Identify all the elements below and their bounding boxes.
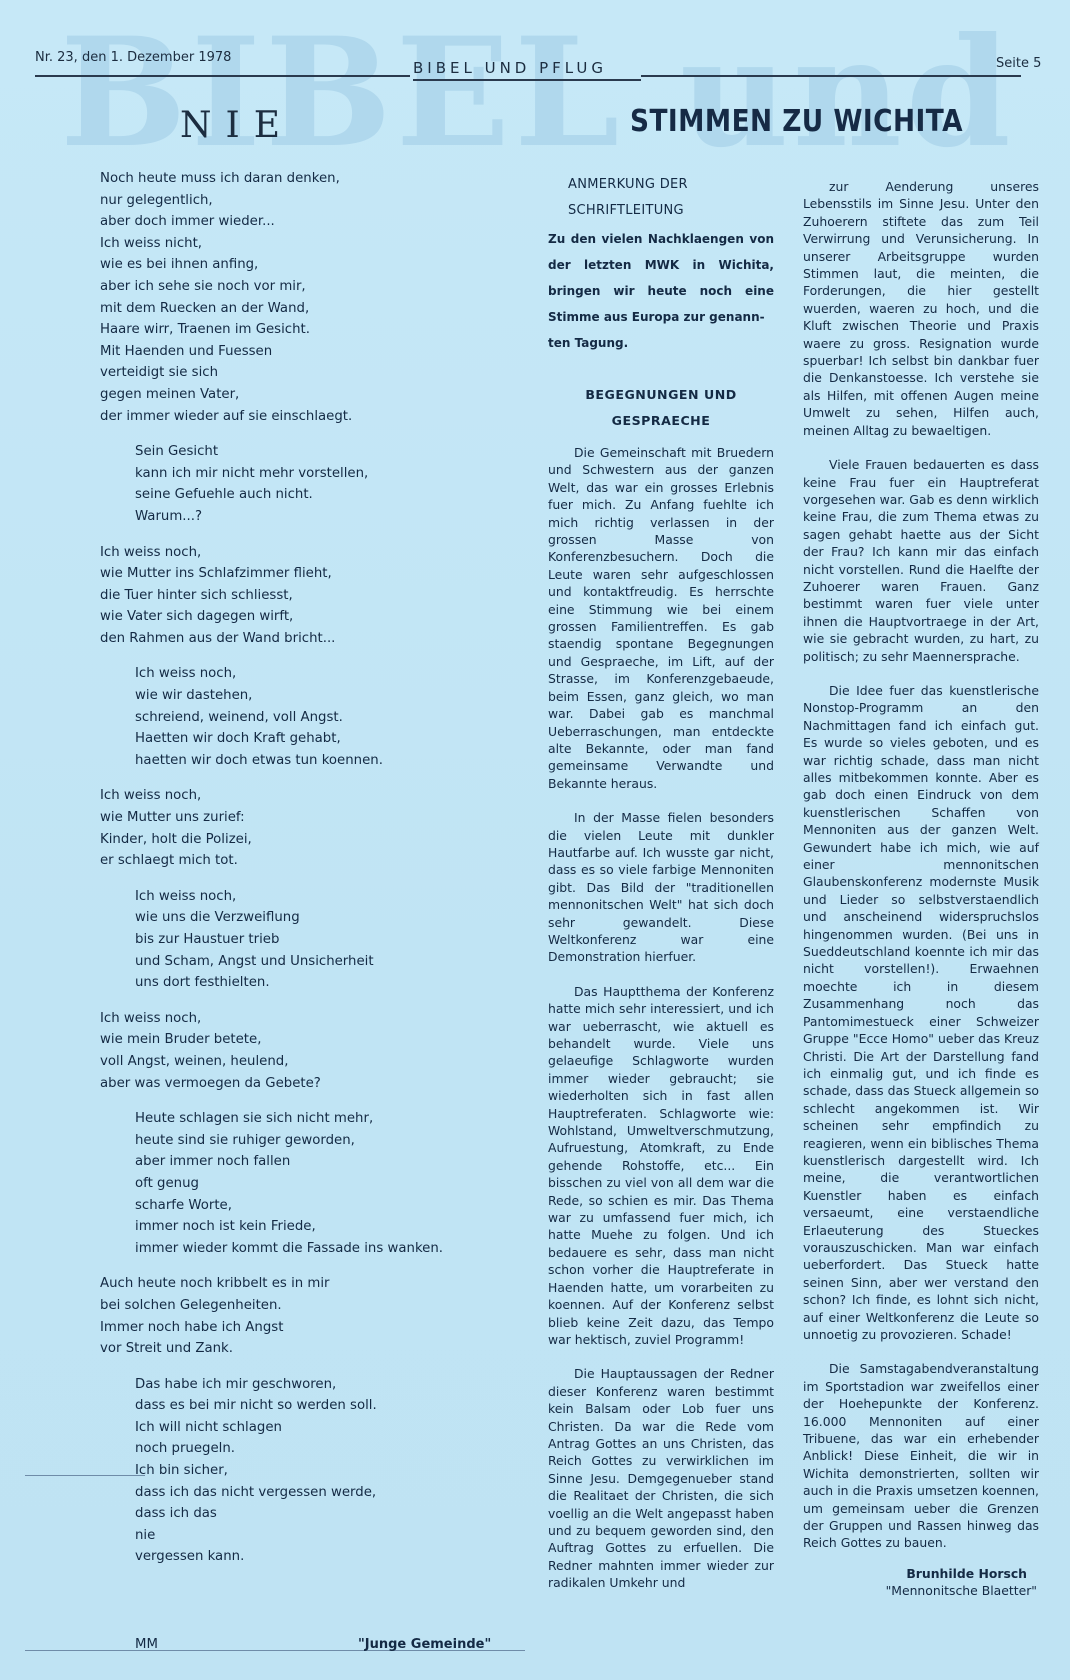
article-paragraph: In der Masse fielen besonders die vielen… [548,809,774,966]
poem-line: Ich weiss noch, [135,886,520,908]
editor-note-heading-line: SCHRIFTLEITUNG [568,198,774,224]
poem-line: bis zur Haustuer trieb [135,929,520,951]
poem-line: den Rahmen aus der Wand bricht... [100,628,520,650]
poem-stanza: Ich weiss noch,wie Mutter ins Schlafzimm… [100,542,520,650]
article-column-right: zur Aenderung unseres Lebensstils im Sin… [803,178,1039,1600]
middle-column-paragraphs: Die Gemeinschaft mit Bruedern und Schwes… [548,444,774,1592]
poem-line: wie mein Bruder betete, [100,1029,520,1051]
poem-line: er schlaegt mich tot. [100,850,520,872]
poem-line: wie Mutter uns zurief: [100,807,520,829]
poem-line: aber ich sehe sie noch vor mir, [100,276,520,298]
poem-line: scharfe Worte, [135,1195,520,1217]
editor-note-text-end: ten Tagung. [548,330,774,356]
poem-stanza: Ich weiss noch,wie wir dastehen,schreien… [100,663,520,771]
section-heading-line: GESPRAECHE [548,408,774,434]
poem-line: uns dort festhielten. [135,972,520,994]
poem-line: bei solchen Gelegenheiten. [100,1295,520,1317]
poem-signature: MM [135,1637,158,1652]
poem-line: Haetten wir doch Kraft gehabt, [135,728,520,750]
poem-line: aber doch immer wieder... [100,211,520,233]
header-rule-left [35,75,410,77]
poem-line: immer wieder kommt die Fassade ins wanke… [135,1238,520,1260]
poem-line: dass ich das nicht vergessen werde, [135,1482,520,1504]
poem-line: Warum...? [135,506,520,528]
editor-note-heading-line: ANMERKUNG DER [568,172,774,198]
page-number: Seite 5 [996,56,1041,71]
poem-line: Sein Gesicht [135,441,520,463]
poem-stanza: Das habe ich mir geschworen,dass es bei … [100,1374,520,1568]
poem-line: Haare wirr, Traenen im Gesicht. [100,319,520,341]
poem-box-divider [25,1475,145,1476]
poem-stanza: Heute schlagen sie sich nicht mehr,heute… [100,1108,520,1259]
poem-line: der immer wieder auf sie einschlaegt. [100,406,520,428]
poem-line: heute sind sie ruhiger geworden, [135,1130,520,1152]
poem-line: Ich weiss noch, [135,663,520,685]
poem-line: Ich weiss nicht, [100,233,520,255]
article-source: "Mennonitsche Blaetter" [803,1582,1039,1599]
poem-line: noch pruegeln. [135,1438,520,1460]
poem-line: Noch heute muss ich daran denken, [100,168,520,190]
poem-line: mit dem Ruecken an der Wand, [100,298,520,320]
poem-stanza: Noch heute muss ich daran denken,nur gel… [100,168,520,427]
issue-date: Nr. 23, den 1. Dezember 1978 [35,50,231,65]
article-paragraph: Die Gemeinschaft mit Bruedern und Schwes… [548,444,774,792]
poem-line: schreiend, weinend, voll Angst. [135,707,520,729]
poem-line: wie Vater sich dagegen wirft, [100,606,520,628]
poem-line: Mit Haenden und Fuessen [100,341,520,363]
article-author: Brunhilde Horsch [803,1565,1039,1582]
editor-note-text: Zu den vielen Nachklaengen von der letzt… [548,232,774,324]
poem-line: nie [135,1525,520,1547]
poem-line: gegen meinen Vater, [100,384,520,406]
poem-source: "Junge Gemeinde" [358,1637,491,1652]
poem-stanza: Auch heute noch kribbelt es in mirbei so… [100,1273,520,1359]
section-heading: BEGEGNUNGEN UND GESPRAECHE [548,382,774,434]
poem-stanza: Sein Gesichtkann ich mir nicht mehr vors… [100,441,520,527]
poem-line: Ich weiss noch, [100,1008,520,1030]
poem-line: oft genug [135,1173,520,1195]
editor-note-body: Zu den vielen Nachklaengen von der letzt… [548,226,774,356]
header-rule-center [413,79,641,81]
article-column-middle: ANMERKUNG DER SCHRIFTLEITUNG Zu den viel… [548,172,774,1609]
poem-line: vor Streit und Zank. [100,1338,520,1360]
right-column-paragraphs: zur Aenderung unseres Lebensstils im Sin… [803,178,1039,1552]
poem-line: aber immer noch fallen [135,1151,520,1173]
poem-line: seine Gefuehle auch nicht. [135,484,520,506]
poem-line: wie es bei ihnen anfing, [100,254,520,276]
article-paragraph: Die Samstagabendveranstaltung im Sportst… [803,1360,1039,1551]
poem-line: aber was vermoegen da Gebete? [100,1073,520,1095]
poem-line: und Scham, Angst und Unsicherheit [135,951,520,973]
editor-note-heading: ANMERKUNG DER SCHRIFTLEITUNG [548,172,774,224]
poem-line: Heute schlagen sie sich nicht mehr, [135,1108,520,1130]
poem-stanza: Ich weiss noch,wie uns die Verzweiflungb… [100,886,520,994]
article-paragraph: Die Hauptaussagen der Redner dieser Konf… [548,1365,774,1591]
article-paragraph: Die Idee fuer das kuenstlerische Nonstop… [803,682,1039,1343]
poem-stanza: Ich weiss noch,wie mein Bruder betete,vo… [100,1008,520,1094]
poem-line: Ich weiss noch, [100,785,520,807]
poem-line: dass es bei mir nicht so werden soll. [135,1395,520,1417]
poem-line: wie wir dastehen, [135,685,520,707]
poem-line: Ich bin sicher, [135,1460,520,1482]
poem-stanza: Ich weiss noch,wie Mutter uns zurief:Kin… [100,785,520,871]
poem-line: Ich weiss noch, [100,542,520,564]
poem-title: NIE [180,105,294,146]
article-paragraph: Das Hauptthema der Konferenz hatte mich … [548,983,774,1349]
poem-line: Kinder, holt die Polizei, [100,829,520,851]
poem-line: Auch heute noch kribbelt es in mir [100,1273,520,1295]
header-rule-right [641,75,1021,77]
poem-line: haetten wir doch etwas tun koennen. [135,750,520,772]
poem-line: Immer noch habe ich Angst [100,1317,520,1339]
poem-line: wie Mutter ins Schlafzimmer flieht, [100,563,520,585]
article-paragraph: Viele Frauen bedauerten es dass keine Fr… [803,456,1039,665]
poem-body: Noch heute muss ich daran denken,nur gel… [100,168,520,1582]
article-paragraph: zur Aenderung unseres Lebensstils im Sin… [803,178,1039,439]
poem-line: verteidigt sie sich [100,362,520,384]
poem-line: Ich will nicht schlagen [135,1417,520,1439]
poem-line: dass ich das [135,1503,520,1525]
poem-line: die Tuer hinter sich schliesst, [100,585,520,607]
poem-line: immer noch ist kein Friede, [135,1216,520,1238]
poem-line: kann ich mir nicht mehr vorstellen, [135,463,520,485]
section-heading-line: BEGEGNUNGEN UND [548,382,774,408]
poem-line: nur gelegentlich, [100,190,520,212]
poem-line: Das habe ich mir geschworen, [135,1374,520,1396]
poem-line: wie uns die Verzweiflung [135,907,520,929]
article-title: STIMMEN ZU WICHITA [630,104,963,139]
newspaper-page: BIBEL und PFLUG Nr. 23, den 1. Dezember … [0,0,1070,1680]
publication-title: BIBEL UND PFLUG [413,59,607,77]
poem-line: vergessen kann. [135,1546,520,1568]
poem-line: voll Angst, weinen, heulend, [100,1051,520,1073]
